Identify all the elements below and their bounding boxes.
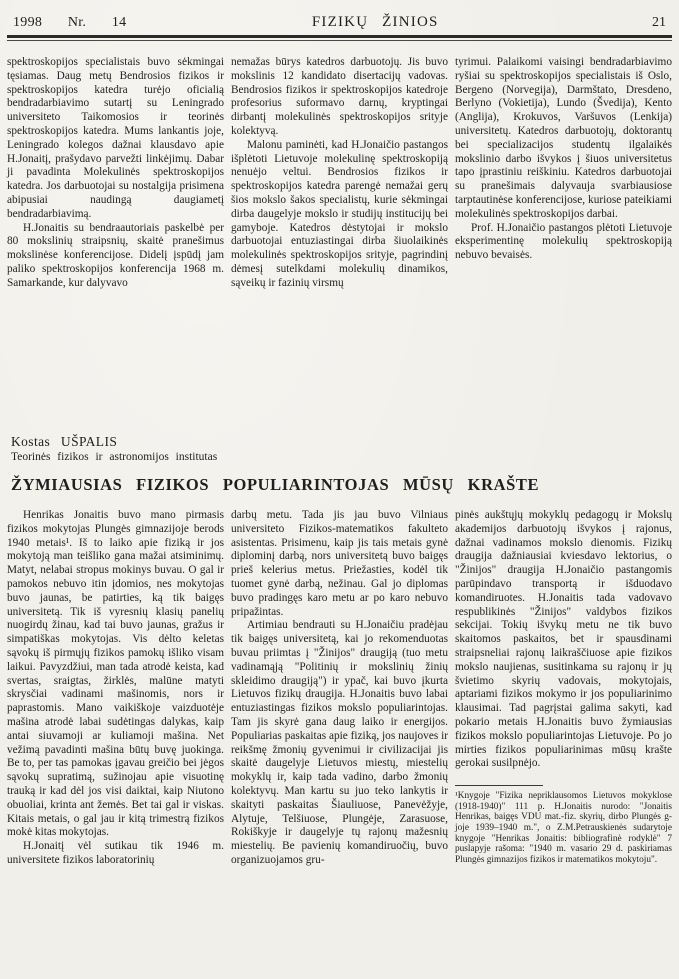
paragraph: tyrimui. Palaikomi vaisingi bendradarbia… xyxy=(455,56,672,222)
top-column-1: spektroskopijos specialistais buvo sėkmi… xyxy=(7,56,224,434)
issue-number: 14 xyxy=(112,15,127,30)
page-number: 21 xyxy=(652,15,666,31)
top-column-3: tyrimui. Palaikomi vaisingi bendradarbia… xyxy=(455,56,672,434)
paragraph: pinės aukštųjų mokyklų pedagogų ir Moksl… xyxy=(455,509,672,771)
journal-header: 1998 Nr. 14 FIZIKŲ ŽINIOS 21 xyxy=(7,12,672,35)
paragraph: Henrikas Jonaitis buvo mano pirmasis fiz… xyxy=(7,509,224,840)
author-affiliation: Teorinės fizikos ir astronomijos institu… xyxy=(11,451,672,463)
top-section: spektroskopijos specialistais buvo sėkmi… xyxy=(7,56,672,434)
paragraph: Artimiau bendrauti su H.Jonaičiu pradėja… xyxy=(231,619,448,867)
article-body: Henrikas Jonaitis buvo mano pirmasis fiz… xyxy=(7,509,672,868)
paragraph: darbų metu. Tada jis jau buvo Vilniaus u… xyxy=(231,509,448,619)
article-column-1: Henrikas Jonaitis buvo mano pirmasis fiz… xyxy=(7,509,224,868)
paragraph: Malonu paminėti, kad H.Jonaičio pastango… xyxy=(231,139,448,291)
issue-label: Nr. xyxy=(68,15,86,30)
paragraph: spektroskopijos specialistais buvo sėkmi… xyxy=(7,56,224,222)
issue-info: 1998 Nr. 14 xyxy=(13,15,126,31)
paragraph: H.Jonaitį vėl sutikau tik 1946 m. univer… xyxy=(7,840,224,868)
article-title: ŽYMIAUSIAS FIZIKOS POPULIARINTOJAS MŪSŲ … xyxy=(11,475,672,495)
issue-year: 1998 xyxy=(13,15,42,30)
byline: Kostas UŠPALIS Teorinės fizikos ir astro… xyxy=(11,434,672,463)
footnote-divider xyxy=(455,785,543,786)
article-column-3: pinės aukštųjų mokyklų pedagogų ir Moksl… xyxy=(455,509,672,868)
footnote-text: ¹Knygoje "Fizika nepriklausomos Lietuvos… xyxy=(455,791,672,865)
footnote-block: ¹Knygoje "Fizika nepriklausomos Lietuvos… xyxy=(455,785,672,865)
author-name: Kostas UŠPALIS xyxy=(11,434,672,450)
paragraph: nemažas būrys katedros darbuotojų. Jis b… xyxy=(231,56,448,139)
paragraph: H.Jonaitis su bendraautoriais paskelbė p… xyxy=(7,222,224,291)
journal-title: FIZIKŲ ŽINIOS xyxy=(312,14,439,31)
article-column-2: darbų metu. Tada jis jau buvo Vilniaus u… xyxy=(231,509,448,868)
journal-page: 1998 Nr. 14 FIZIKŲ ŽINIOS 21 spektroskop… xyxy=(0,0,679,979)
paragraph: Prof. H.Jonaičio pastangos plėtoti Lietu… xyxy=(455,222,672,263)
top-column-2: nemažas būrys katedros darbuotojų. Jis b… xyxy=(231,56,448,434)
header-divider xyxy=(7,35,672,41)
